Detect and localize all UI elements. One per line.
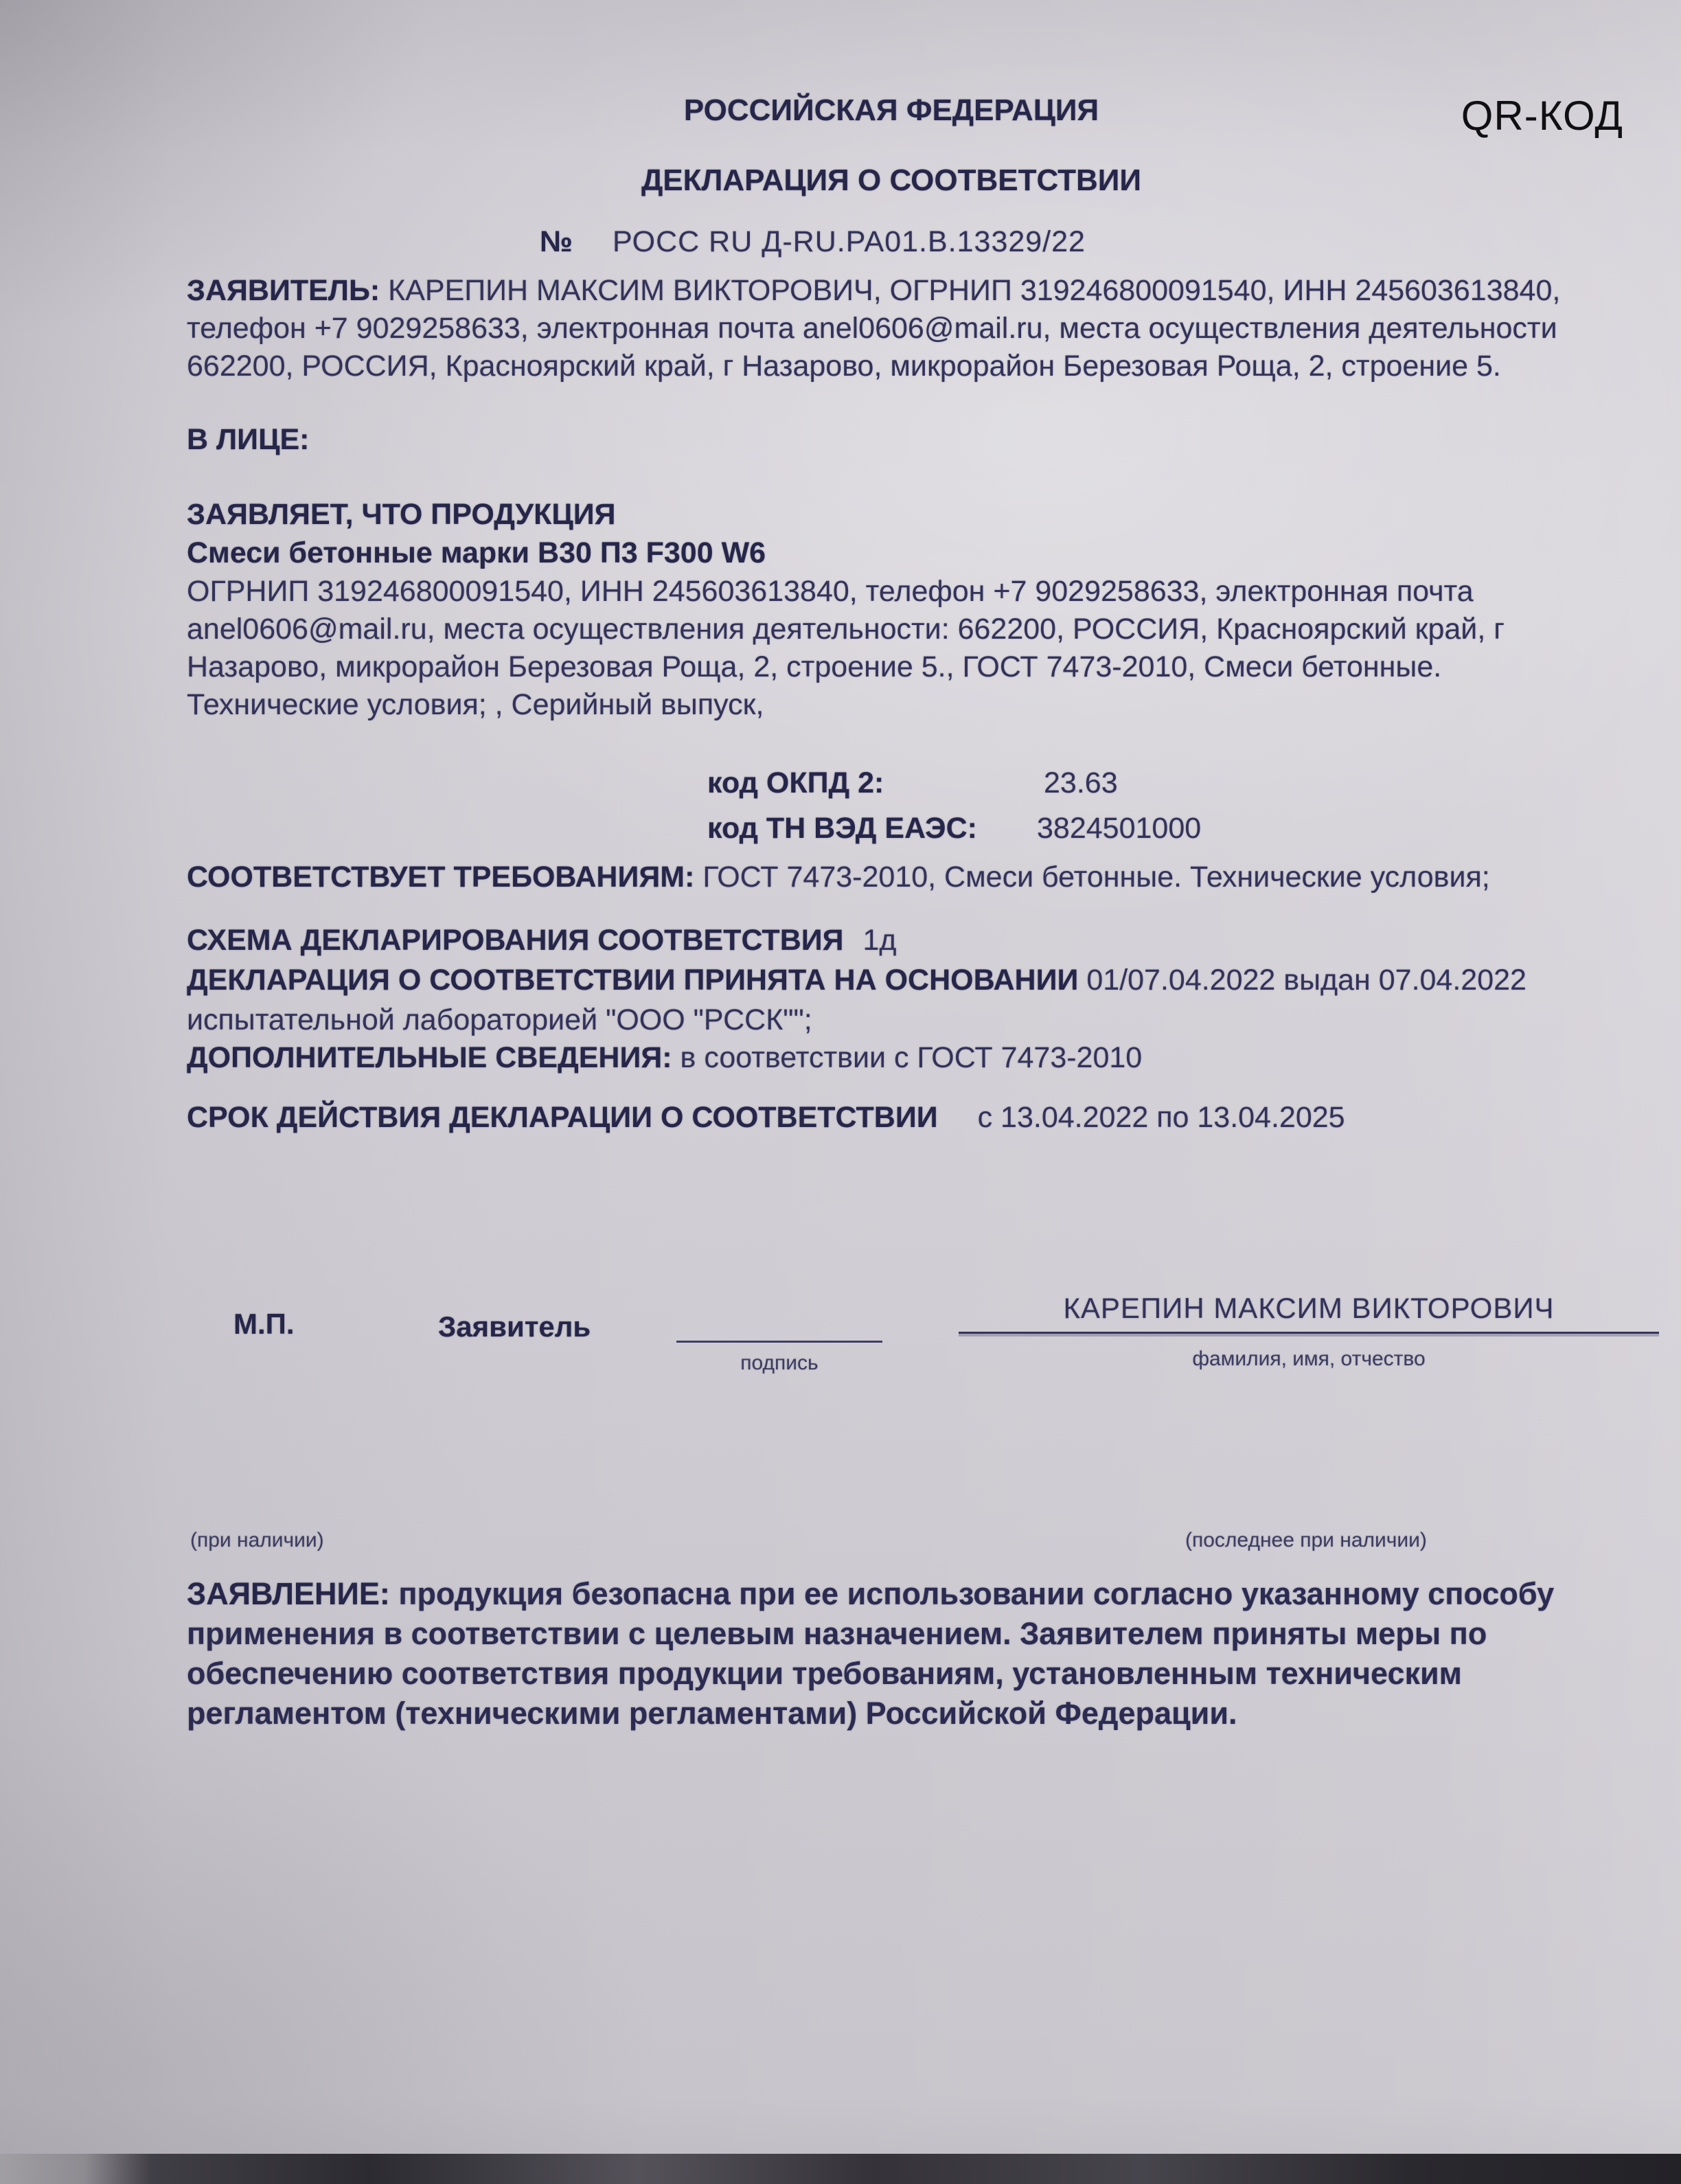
okpd-value: 23.63 [1044,766,1118,800]
applicant-text: КАРЕПИН МАКСИМ ВИКТОРОВИЧ, ОГРНИП 319246… [187,274,1560,383]
conformity-label: СООТВЕТСТВУЕТ ТРЕБОВАНИЯМ: [187,861,694,894]
tnved-value: 3824501000 [1037,812,1201,845]
number-sign: № [540,225,573,258]
statement-paragraph: ЗАЯВЛЕНИЕ: продукция безопасна при ее ис… [187,1574,1622,1733]
basis-row: ДЕКЛАРАЦИЯ О СООТВЕТСТВИИ ПРИНЯТА НА ОСН… [187,962,1636,999]
conformity-row: СООТВЕТСТВУЕТ ТРЕБОВАНИЯМ: ГОСТ 7473-201… [187,858,1629,896]
product-details: ОГРНИП 319246800091540, ИНН 245603613840… [187,573,1614,724]
document-title: ДЕКЛАРАЦИЯ О СООТВЕТСТВИИ [102,163,1681,198]
document-country-title: РОССИЙСКАЯ ФЕДЕРАЦИЯ [102,93,1681,128]
validity-row: СРОК ДЕЙСТВИЯ ДЕКЛАРАЦИИ О СООТВЕТСТВИИ … [187,1099,1643,1137]
tnved-label: код ТН ВЭД ЕАЭС: [707,812,977,845]
name-caption: фамилия, имя, отчество [959,1347,1659,1371]
basis-text: 01/07.04.2022 выдан 07.04.2022 [1086,964,1526,997]
applicant-label: ЗАЯВИТЕЛЬ: [187,274,380,307]
scheme-row: СХЕМА ДЕКЛАРИРОВАНИЯ СООТВЕТСТВИЯ 1д [187,922,1629,959]
basis-label: ДЕКЛАРАЦИЯ О СООТВЕТСТВИИ ПРИНЯТА НА ОСН… [187,964,1078,997]
declaration-number-row: №РОСС RU Д-RU.РА01.В.13329/22 [540,225,1086,259]
name-line: КАРЕПИН МАКСИМ ВИКТОРОВИЧ [959,1287,1659,1334]
validity-dates: с 13.04.2022 по 13.04.2025 [978,1101,1345,1134]
additional-text: в соответствии с ГОСТ 7473-2010 [681,1041,1143,1074]
signatory-name: КАРЕПИН МАКСИМ ВИКТОРОВИЧ [1063,1292,1554,1325]
declaration-number: РОСС RU Д-RU.РА01.В.13329/22 [613,225,1086,258]
scheme-value: 1д [863,924,897,957]
in-person-label: В ЛИЦЕ: [187,421,310,459]
additional-label: ДОПОЛНИТЕЛЬНЫЕ СВЕДЕНИЯ: [187,1041,672,1074]
note-if-available-right: (последнее при наличии) [1185,1529,1427,1552]
okpd-label: код ОКПД 2: [707,766,884,799]
basis-continuation: испытательной лабораторией "ООО "РССК""; [187,1001,1629,1039]
applicant-paragraph: ЗАЯВИТЕЛЬ: КАРЕПИН МАКСИМ ВИКТОРОВИЧ, ОГ… [187,272,1614,385]
stamp-place-label: М.П. [233,1308,295,1341]
additional-info-row: ДОПОЛНИТЕЛЬНЫЕ СВЕДЕНИЯ: в соответствии … [187,1039,1629,1077]
statement-text: продукция безопасна при ее использовании… [187,1576,1554,1731]
signature-caption: подпись [676,1352,882,1375]
statement-label: ЗАЯВЛЕНИЕ: [187,1576,390,1611]
scheme-label: СХЕМА ДЕКЛАРИРОВАНИЯ СООТВЕТСТВИЯ [187,924,844,957]
conformity-text: ГОСТ 7473-2010, Смеси бетонные. Техничес… [702,861,1489,894]
note-if-available-left: (при наличии) [190,1529,324,1552]
tnved-code-row: код ТН ВЭД ЕАЭС: 3824501000 [707,812,977,845]
photo-bottom-edge [0,2154,1681,2184]
signature-applicant-label: Заявитель [438,1310,591,1343]
signature-line [676,1310,882,1343]
okpd-code-row: код ОКПД 2: 23.63 [707,766,884,800]
declares-heading: ЗАЯВЛЯЕТ, ЧТО ПРОДУКЦИЯ [187,496,616,534]
product-name: Смеси бетонные марки В30 П3 F300 W6 [187,534,766,572]
validity-label: СРОК ДЕЙСТВИЯ ДЕКЛАРАЦИИ О СООТВЕТСТВИИ [187,1101,938,1134]
